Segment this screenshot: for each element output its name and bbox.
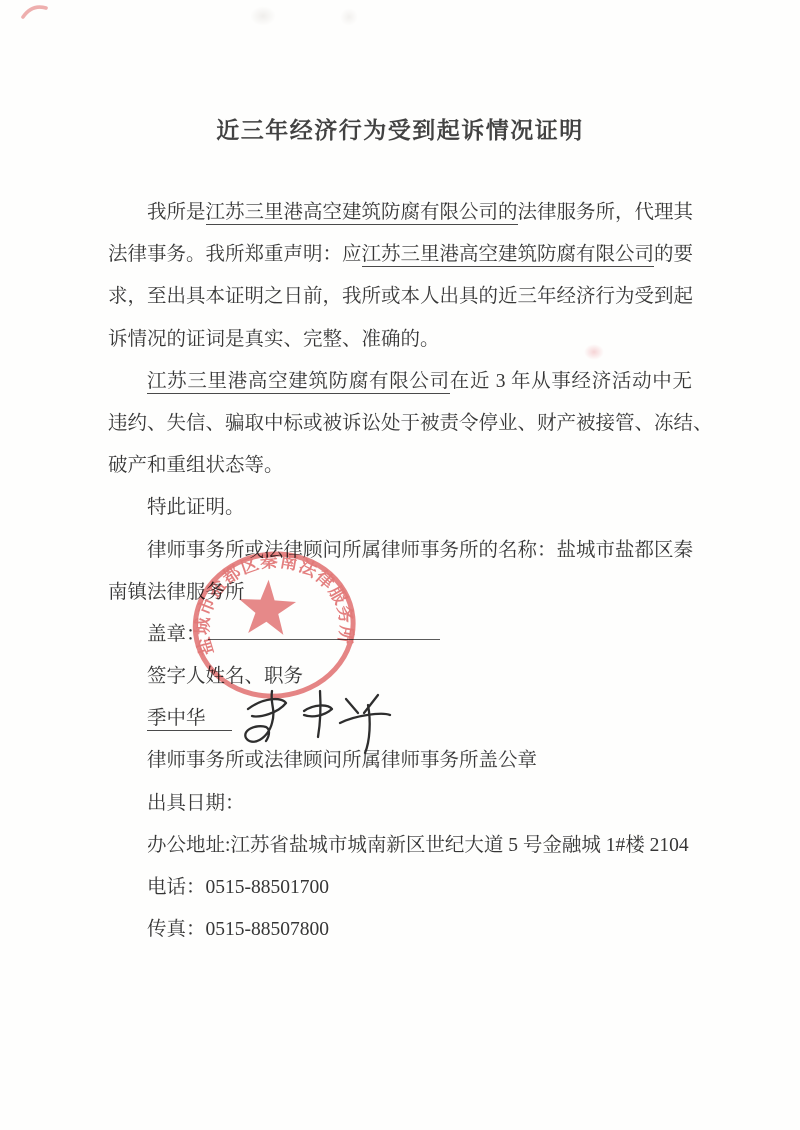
body-line-1: 我所是江苏三里港高空建筑防腐有限公司的法律服务所，代理其	[108, 192, 692, 234]
text-segment: 法律服务所，代理其	[518, 202, 694, 223]
text-segment: 在近 3 年从事经济活动中无	[450, 371, 692, 392]
body-line-5: 江苏三里港高空建筑防腐有限公司在近 3 年从事经济活动中无	[108, 361, 692, 403]
document-page: 近三年经济行为受到起诉情况证明 我所是江苏三里港高空建筑防腐有限公司的法律服务所…	[0, 0, 800, 1130]
page-title: 近三年经济行为受到起诉情况证明	[0, 112, 800, 145]
address-line: 办公地址:江苏省盐城市城南新区世纪大道 5 号金融城 1#楼 2104	[108, 825, 692, 867]
text-segment: 我所是	[147, 202, 206, 223]
text-segment: 特此证明。	[147, 497, 245, 518]
body-line-3: 求，至出具本证明之日前，我所或本人出具的近三年经济行为受到起	[108, 276, 692, 318]
fax-text: 传真：0515-88507800	[147, 919, 329, 940]
phone-line: 电话：0515-88501700	[108, 867, 692, 909]
fax-line: 传真：0515-88507800	[108, 909, 692, 951]
scan-smudge	[250, 6, 276, 26]
body-line-4: 诉情况的证词是真实、完整、准确的。	[108, 319, 692, 361]
underlined-company-name: 江苏三里港高空建筑防腐有限公司的	[206, 202, 518, 225]
text-segment: 的要	[654, 244, 693, 265]
address-text: 办公地址:江苏省盐城市城南新区世纪大道 5 号金融城 1#楼 2104	[147, 835, 689, 856]
body-line-2: 法律事务。我所郑重声明：应江苏三里港高空建筑防腐有限公司的要	[108, 234, 692, 276]
text-segment: 诉情况的证词是真实、完整、准确的。	[108, 329, 440, 350]
issue-date-line: 出具日期：	[108, 783, 692, 825]
text-segment: 求，至出具本证明之日前，我所或本人出具的近三年经济行为受到起	[108, 286, 693, 307]
text-segment: 违约、失信、骗取中标或被诉讼处于被责令停业、财产被接管、冻结、	[108, 413, 713, 434]
seal-instruction-line: 律师事务所或法律顾问所属律师事务所盖公章	[108, 740, 692, 782]
scan-smudge	[340, 8, 358, 26]
underlined-company-name: 江苏三里港高空建筑防腐有限公司	[147, 371, 450, 394]
hereby-certify-line: 特此证明。	[108, 487, 692, 529]
red-pen-mark-icon	[20, 1, 52, 23]
text-segment: 破产和重组状态等。	[108, 455, 284, 476]
body-line-7: 破产和重组状态等。	[108, 445, 692, 487]
seal-star-icon	[237, 578, 297, 635]
handwritten-signature	[230, 683, 400, 765]
phone-text: 电话：0515-88501700	[147, 877, 329, 898]
body-line-6: 违约、失信、骗取中标或被诉讼处于被责令停业、财产被接管、冻结、	[108, 403, 692, 445]
issue-date-label: 出具日期：	[147, 793, 245, 814]
underlined-company-name: 江苏三里港高空建筑防腐有限公司	[362, 244, 655, 267]
text-segment: 法律事务。我所郑重声明：应	[108, 244, 362, 265]
